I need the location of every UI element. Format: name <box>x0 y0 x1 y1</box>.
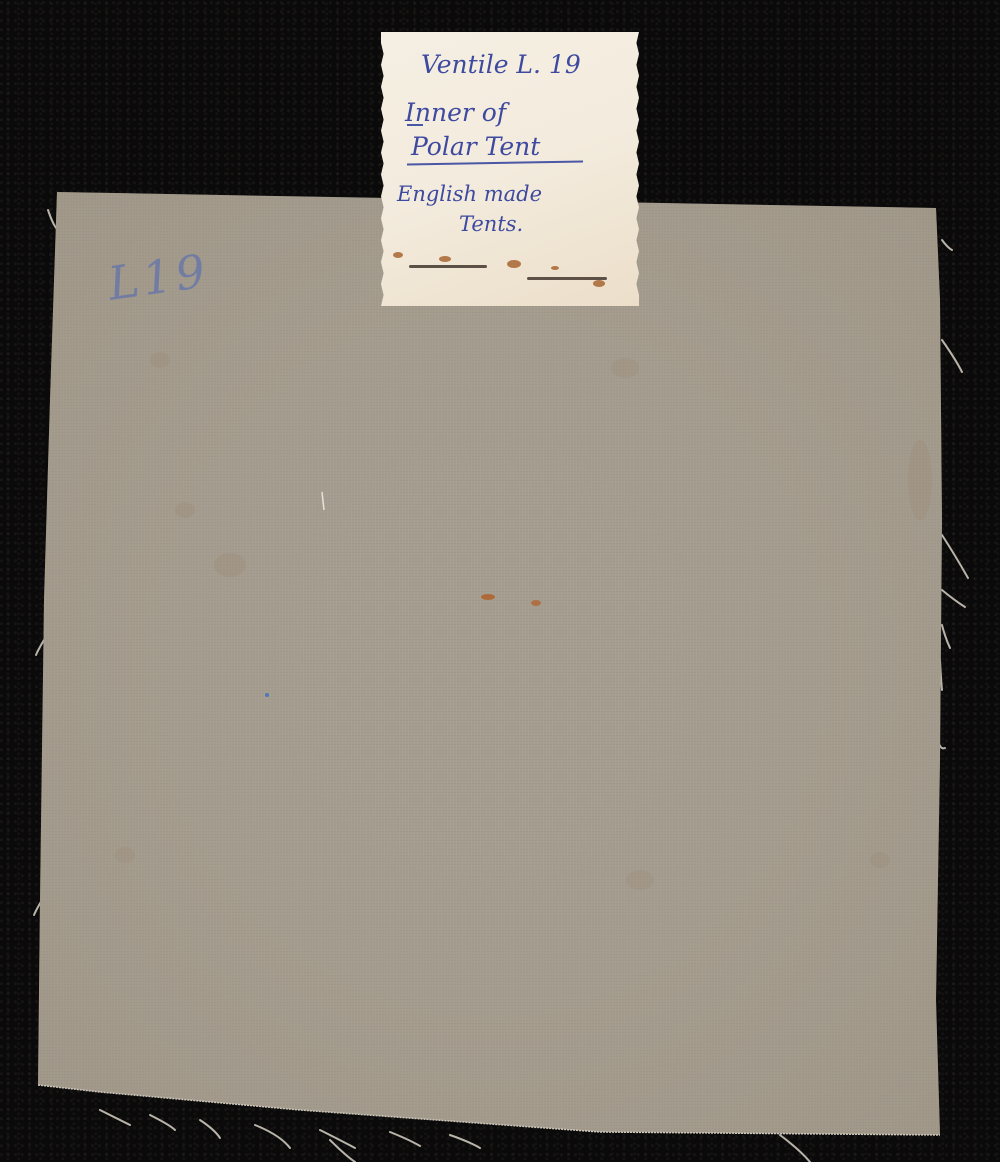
rust-spot <box>393 252 403 258</box>
label-line-4: English made <box>397 182 542 206</box>
rust-spot <box>439 256 451 262</box>
rust-spot <box>507 260 521 268</box>
label-underline <box>407 160 583 165</box>
label-line-3: Polar Tent <box>411 132 540 161</box>
staple-left <box>409 265 487 268</box>
label-line-2: Inner of <box>405 98 506 127</box>
rust-spot <box>551 266 559 270</box>
label-line-5: Tents. <box>459 212 523 236</box>
rust-spot <box>593 280 605 287</box>
paper-label: Ventile L. 19 Inner of Polar Tent Englis… <box>381 32 639 306</box>
label-line-1: Ventile L. 19 <box>421 50 581 79</box>
